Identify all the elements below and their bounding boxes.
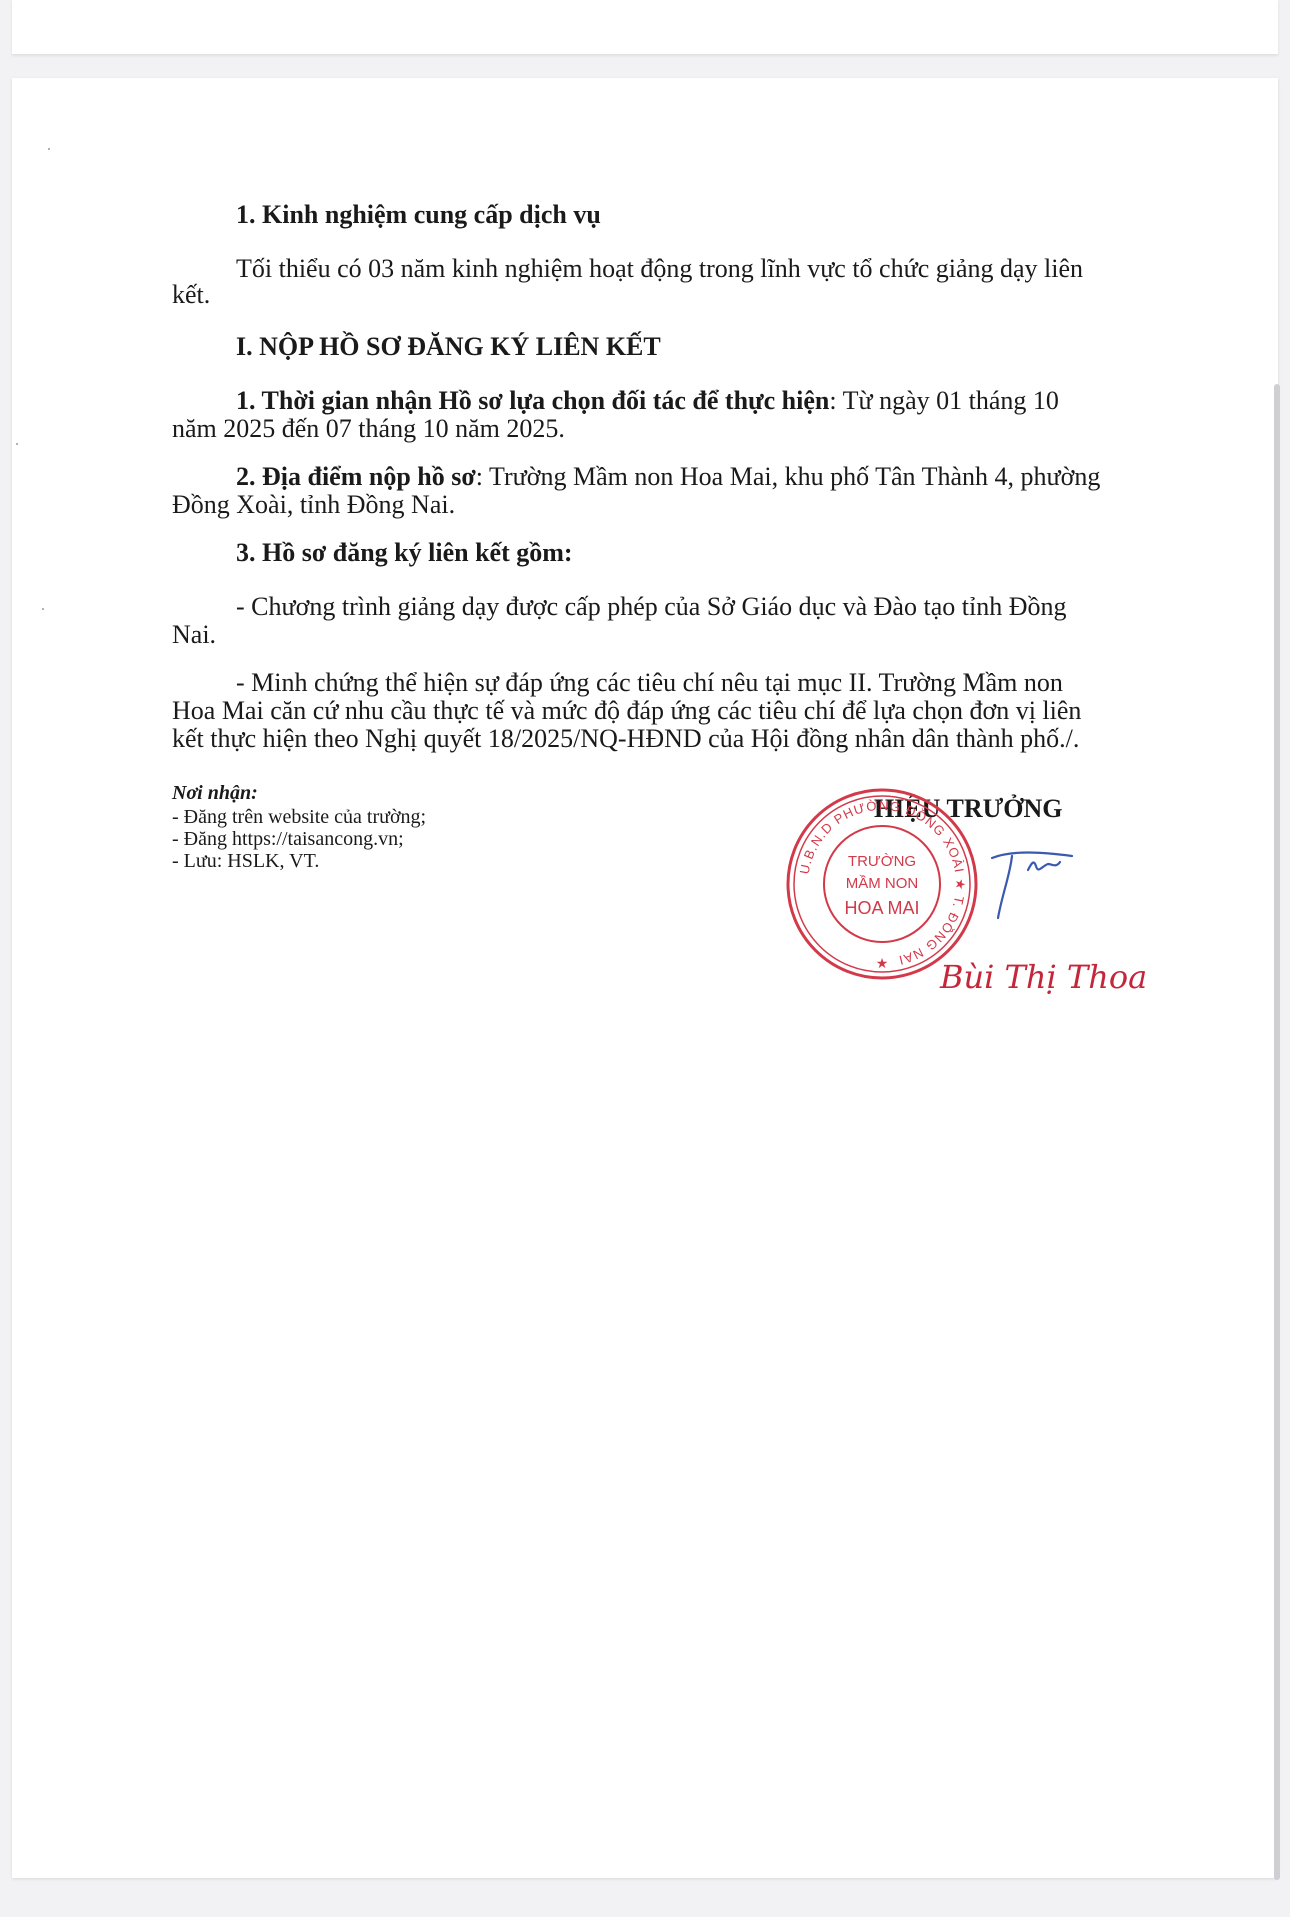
item3-heading: 3. Hồ sơ đăng ký liên kết gồm: — [236, 538, 573, 568]
item1-label: 1. Thời gian nhận Hồ sơ lựa chọn đối tác… — [236, 386, 829, 415]
bullet1-line1: - Chương trình giảng dạy được cấp phép c… — [236, 592, 1066, 622]
stamp-line1: TRƯỜNG — [848, 853, 916, 870]
recipients-title: Nơi nhận: — [172, 782, 258, 804]
scan-speck — [16, 443, 18, 445]
item2-text: : Trường Mầm non Hoa Mai, khu phố Tân Th… — [476, 462, 1101, 491]
bullet2-line1: - Minh chứng thể hiện sự đáp ứng các tiê… — [236, 668, 1063, 698]
document-page: 1. Kinh nghiệm cung cấp dịch vụ Tối thiể… — [12, 78, 1278, 1878]
previous-page-edge — [12, 0, 1278, 55]
bullet2-line3: kết thực hiện theo Nghị quyết 18/2025/NQ… — [172, 724, 1079, 754]
document-content: 1. Kinh nghiệm cung cấp dịch vụ Tối thiể… — [12, 78, 1278, 1878]
official-stamp: U.B.N.D PHƯỜNG ĐỒNG XOÀI ★ T. ĐỒNG NAI T… — [782, 784, 982, 984]
svg-text:★: ★ — [876, 957, 889, 972]
item2-line2: Đồng Xoài, tỉnh Đồng Nai. — [172, 490, 455, 520]
stamp-line3: HOA MAI — [844, 898, 919, 918]
experience-text-line2: kết. — [172, 280, 210, 310]
bullet1-line2: Nai. — [172, 620, 216, 650]
item1-line1: 1. Thời gian nhận Hồ sơ lựa chọn đối tác… — [236, 386, 1059, 416]
recipient-item: - Đăng https://taisancong.vn; — [172, 828, 404, 850]
bullet2-line2: Hoa Mai căn cứ nhu cầu thực tế và mức độ… — [172, 696, 1081, 726]
item1-text: : Từ ngày 01 tháng 10 — [829, 386, 1059, 415]
experience-heading: 1. Kinh nghiệm cung cấp dịch vụ — [236, 200, 601, 230]
recipient-item: - Lưu: HSLK, VT. — [172, 850, 319, 872]
scan-speck — [48, 148, 50, 150]
handwritten-signature-icon — [972, 840, 1092, 930]
vertical-scrollbar[interactable] — [1274, 384, 1280, 1880]
signer-name: Bùi Thị Thoa — [940, 958, 1147, 996]
submission-heading: I. NỘP HỒ SƠ ĐĂNG KÝ LIÊN KẾT — [236, 332, 661, 362]
item1-line2: năm 2025 đến 07 tháng 10 năm 2025. — [172, 414, 565, 444]
recipient-item: - Đăng trên website của trường; — [172, 806, 426, 828]
item2-line1: 2. Địa điểm nộp hồ sơ: Trường Mầm non Ho… — [236, 462, 1100, 492]
scan-speck — [42, 608, 44, 610]
item2-label: 2. Địa điểm nộp hồ sơ — [236, 462, 476, 491]
experience-text-line1: Tối thiểu có 03 năm kinh nghiệm hoạt độn… — [236, 254, 1083, 284]
stamp-line2: MẦM NON — [846, 875, 919, 892]
stamp-seal-icon: U.B.N.D PHƯỜNG ĐỒNG XOÀI ★ T. ĐỒNG NAI T… — [782, 784, 982, 984]
